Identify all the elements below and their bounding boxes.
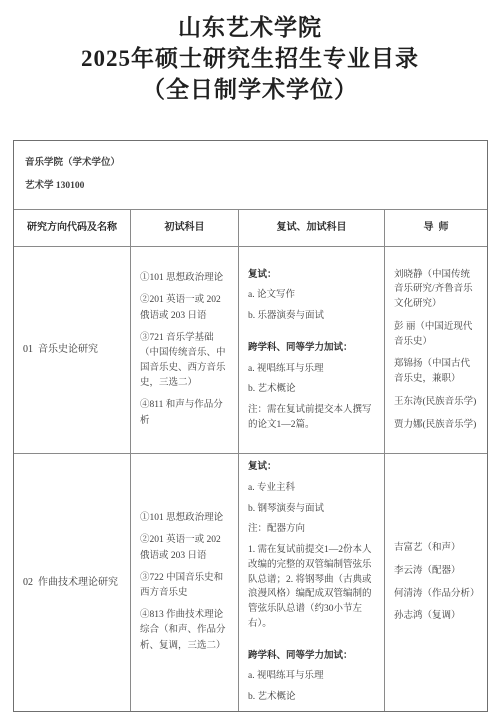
extra-test-item: a. 视唱练耳与乐理 [248,669,375,684]
college-name: 音乐学院（学术学位） [25,156,478,171]
retest-cell: 复试： a. 论文写作 b. 乐器演奏与面试 跨学科、同等学力加试： a. 视唱… [238,247,384,453]
section-row: 音乐学院（学术学位） 艺术学 130100 [14,141,487,209]
header-initial-exam: 初试科目 [130,210,238,246]
retest-item: b. 钢琴演奏与面试 [248,502,375,517]
exam-subject: ②201 英语一或 202 俄语或 203 日语 [140,533,229,563]
exam-subject: ②201 英语一或 202 俄语或 203 日语 [140,293,229,323]
exam-subject: ④813 作曲技术理论综合（和声、作品分析、复调，三选二） [140,608,229,654]
header-direction: 研究方向代码及名称 [14,210,130,246]
retest-title: 复试： [248,460,375,475]
tutor-name: 何清涛（作品分析） [394,587,478,602]
header-retest: 复试、加试科目 [238,210,384,246]
extra-test-title: 跨学科、同等学力加试： [248,341,375,356]
retest-note-title: 注：配器方向 [248,522,375,537]
tutors-cell: 吉富艺（和声） 李云涛（配器） 何清涛（作品分析） 孙志鸿（复调） [384,454,487,711]
tutor-name: 孙志鸿（复调） [394,609,478,624]
initial-exam-cell: ①101 思想政治理论 ②201 英语一或 202 俄语或 203 日语 ③72… [130,454,238,711]
tutor-name: 王东涛(民族音乐学) [394,395,478,410]
title-line-degree-type: （全日制学术学位） [0,74,500,105]
admissions-table: 音乐学院（学术学位） 艺术学 130100 研究方向代码及名称 初试科目 复试、… [13,140,488,712]
retest-title: 复试： [248,268,375,283]
exam-subject: ①101 思想政治理论 [140,511,229,526]
retest-note: 注：需在复试前提交本人撰写的论文1—2篇。 [248,403,375,432]
tutor-name: 彭 丽（中国近现代音乐史） [394,320,478,349]
tutor-name: 贾力娜(民族音乐学) [394,418,478,433]
table-row-01: 01 音乐史论研究 ①101 思想政治理论 ②201 英语一或 202 俄语或 … [14,246,487,453]
title-line-catalog: 2025年硕士研究生招生专业目录 [0,43,500,74]
extra-test-item: b. 艺术概论 [248,690,375,705]
extra-test-item: a. 视唱练耳与乐理 [248,362,375,377]
tutors-cell: 刘晓静（中国传统音乐研究/齐鲁音乐文化研究） 彭 丽（中国近现代音乐史） 郑锦扬… [384,247,487,453]
retest-item: a. 专业主科 [248,481,375,496]
direction-label: 01 音乐史论研究 [23,342,121,358]
retest-item: b. 乐器演奏与面试 [248,309,375,324]
document-title: 山东艺术学院 2025年硕士研究生招生专业目录 （全日制学术学位） [0,0,500,105]
tutor-name: 郑锦扬（中国古代音乐史，兼职） [394,357,478,386]
retest-cell: 复试： a. 专业主科 b. 钢琴演奏与面试 注：配器方向 1. 需在复试前提交… [238,454,384,711]
tutor-name: 李云涛（配器） [394,564,478,579]
initial-exam-cell: ①101 思想政治理论 ②201 英语一或 202 俄语或 203 日语 ③72… [130,247,238,453]
table-header-row: 研究方向代码及名称 初试科目 复试、加试科目 导 师 [14,209,487,246]
extra-test-item: b. 艺术概论 [248,382,375,397]
header-tutors: 导 师 [384,210,487,246]
direction-cell: 02 作曲技术理论研究 [14,454,130,711]
tutor-name: 刘晓静（中国传统音乐研究/齐鲁音乐文化研究） [394,268,478,312]
direction-label: 02 作曲技术理论研究 [23,575,121,591]
extra-test-title: 跨学科、同等学力加试： [248,649,375,664]
exam-subject: ③721 音乐学基础（中国传统音乐、中国音乐史、西方音乐史，三选二） [140,331,229,392]
tutor-name: 吉富艺（和声） [394,541,478,556]
direction-cell: 01 音乐史论研究 [14,247,130,453]
exam-subject: ①101 思想政治理论 [140,271,229,286]
exam-subject: ③722 中国音乐史和西方音乐史 [140,571,229,601]
retest-note: 1. 需在复试前提交1—2份本人改编的完整的双管编制管弦乐队总谱；2. 将钢琴曲… [248,543,375,631]
retest-item: a. 论文写作 [248,288,375,303]
section-cell: 音乐学院（学术学位） 艺术学 130100 [14,141,487,209]
table-row-02: 02 作曲技术理论研究 ①101 思想政治理论 ②201 英语一或 202 俄语… [14,453,487,711]
title-line-school: 山东艺术学院 [0,12,500,43]
exam-subject: ④811 和声与作品分析 [140,398,229,428]
major-name-code: 艺术学 130100 [25,179,478,194]
